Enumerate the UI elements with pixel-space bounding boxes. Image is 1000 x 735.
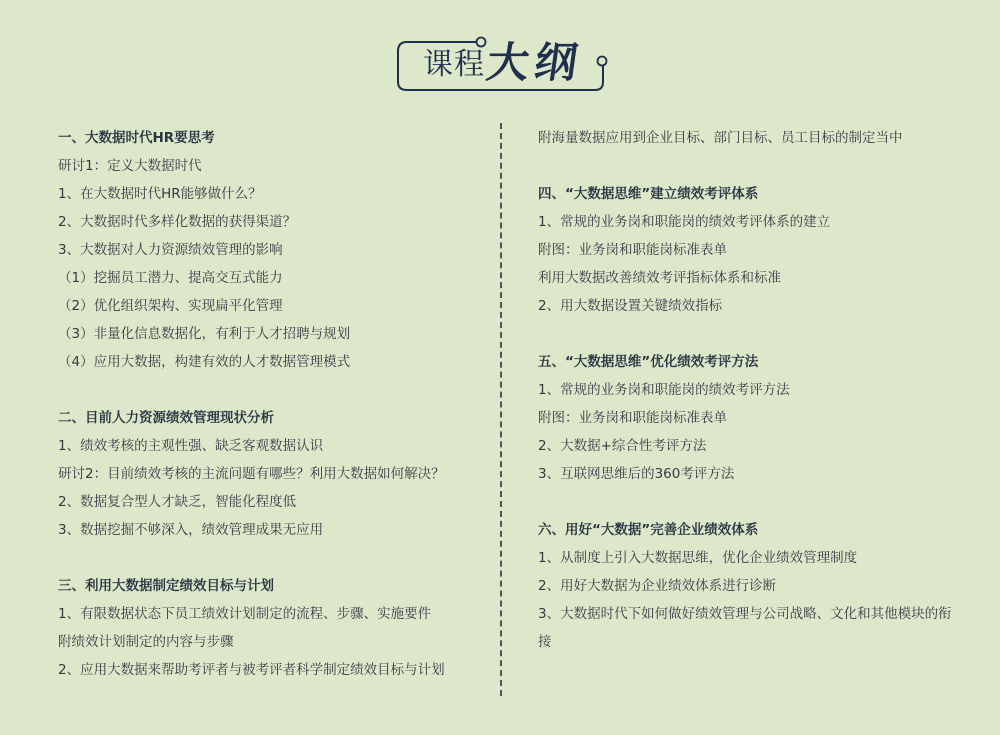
outline-right-column: 附海量数据应用到企业目标、部门目标、员工目标的制定当中 四、“大数据思维”建立绩… bbox=[538, 124, 958, 656]
outline-item: 附图：业务岗和职能岗标准表单 bbox=[538, 236, 958, 264]
outline-item: 2、大数据时代多样化数据的获得渠道？ bbox=[58, 208, 488, 236]
title-bold-text: 大纲 bbox=[484, 39, 587, 87]
outline-item: 附绩效计划制定的内容与步骤 bbox=[58, 628, 488, 656]
outline-item: 2、用好大数据为企业绩效体系进行诊断 bbox=[538, 572, 958, 600]
outline-item: 1、有限数据状态下员工绩效计划制定的流程、步骤、实施要件 bbox=[58, 600, 488, 628]
section-heading-2: 二、目前人力资源绩效管理现状分析 bbox=[58, 404, 488, 432]
section-heading-6: 六、用好“大数据”完善企业绩效体系 bbox=[538, 516, 958, 544]
outline-item-continuation: 附海量数据应用到企业目标、部门目标、员工目标的制定当中 bbox=[538, 124, 958, 152]
outline-item: 2、数据复合型人才缺乏，智能化程度低 bbox=[58, 488, 488, 516]
outline-item: 1、常规的业务岗和职能岗的绩效考评方法 bbox=[538, 376, 958, 404]
outline-item: 利用大数据改善绩效考评指标体系和标准 bbox=[538, 264, 958, 292]
title-light-text: 课程 bbox=[423, 47, 485, 83]
outline-item: 1、常规的业务岗和职能岗的绩效考评体系的建立 bbox=[538, 208, 958, 236]
outline-item: 研讨2：目前绩效考核的主流问题有哪些？利用大数据如何解决？ bbox=[58, 460, 488, 488]
outline-item: 研讨1：定义大数据时代 bbox=[58, 152, 488, 180]
outline-item: （1）挖掘员工潜力、提高交互式能力 bbox=[58, 264, 488, 292]
outline-item: 附图：业务岗和职能岗标准表单 bbox=[538, 404, 958, 432]
section-spacer bbox=[58, 544, 488, 572]
section-heading-3: 三、利用大数据制定绩效目标与计划 bbox=[58, 572, 488, 600]
section-heading-4: 四、“大数据思维”建立绩效考评体系 bbox=[538, 180, 958, 208]
section-spacer bbox=[538, 488, 958, 516]
section-heading-1: 一、大数据时代HR要思考 bbox=[58, 124, 488, 152]
outline-item: 3、互联网思维后的360考评方法 bbox=[538, 460, 958, 488]
column-divider bbox=[500, 123, 502, 696]
outline-item: 3、数据挖掘不够深入，绩效管理成果无应用 bbox=[58, 516, 488, 544]
outline-left-column: 一、大数据时代HR要思考 研讨1：定义大数据时代 1、在大数据时代HR能够做什么… bbox=[58, 124, 488, 684]
outline-item: 1、从制度上引入大数据思维，优化企业绩效管理制度 bbox=[538, 544, 958, 572]
course-outline-title: 课程 大纲 bbox=[395, 34, 615, 96]
outline-item: （4）应用大数据，构建有效的人才数据管理模式 bbox=[58, 348, 488, 376]
outline-item: 2、大数据+综合性考评方法 bbox=[538, 432, 958, 460]
section-spacer bbox=[58, 376, 488, 404]
outline-item: 2、用大数据设置关键绩效指标 bbox=[538, 292, 958, 320]
outline-item: （2）优化组织架构、实现扁平化管理 bbox=[58, 292, 488, 320]
section-spacer bbox=[538, 152, 958, 180]
outline-item: （3）非量化信息数据化，有利于人才招聘与规划 bbox=[58, 320, 488, 348]
outline-item: 3、大数据时代下如何做好绩效管理与公司战略、文化和其他模块的衔接 bbox=[538, 600, 958, 656]
section-spacer bbox=[538, 320, 958, 348]
outline-item: 2、应用大数据来帮助考评者与被考评者科学制定绩效目标与计划 bbox=[58, 656, 488, 684]
section-heading-5: 五、“大数据思维”优化绩效考评方法 bbox=[538, 348, 958, 376]
outline-item: 1、绩效考核的主观性强、缺乏客观数据认识 bbox=[58, 432, 488, 460]
outline-item: 1、在大数据时代HR能够做什么？ bbox=[58, 180, 488, 208]
outline-item: 3、大数据对人力资源绩效管理的影响 bbox=[58, 236, 488, 264]
